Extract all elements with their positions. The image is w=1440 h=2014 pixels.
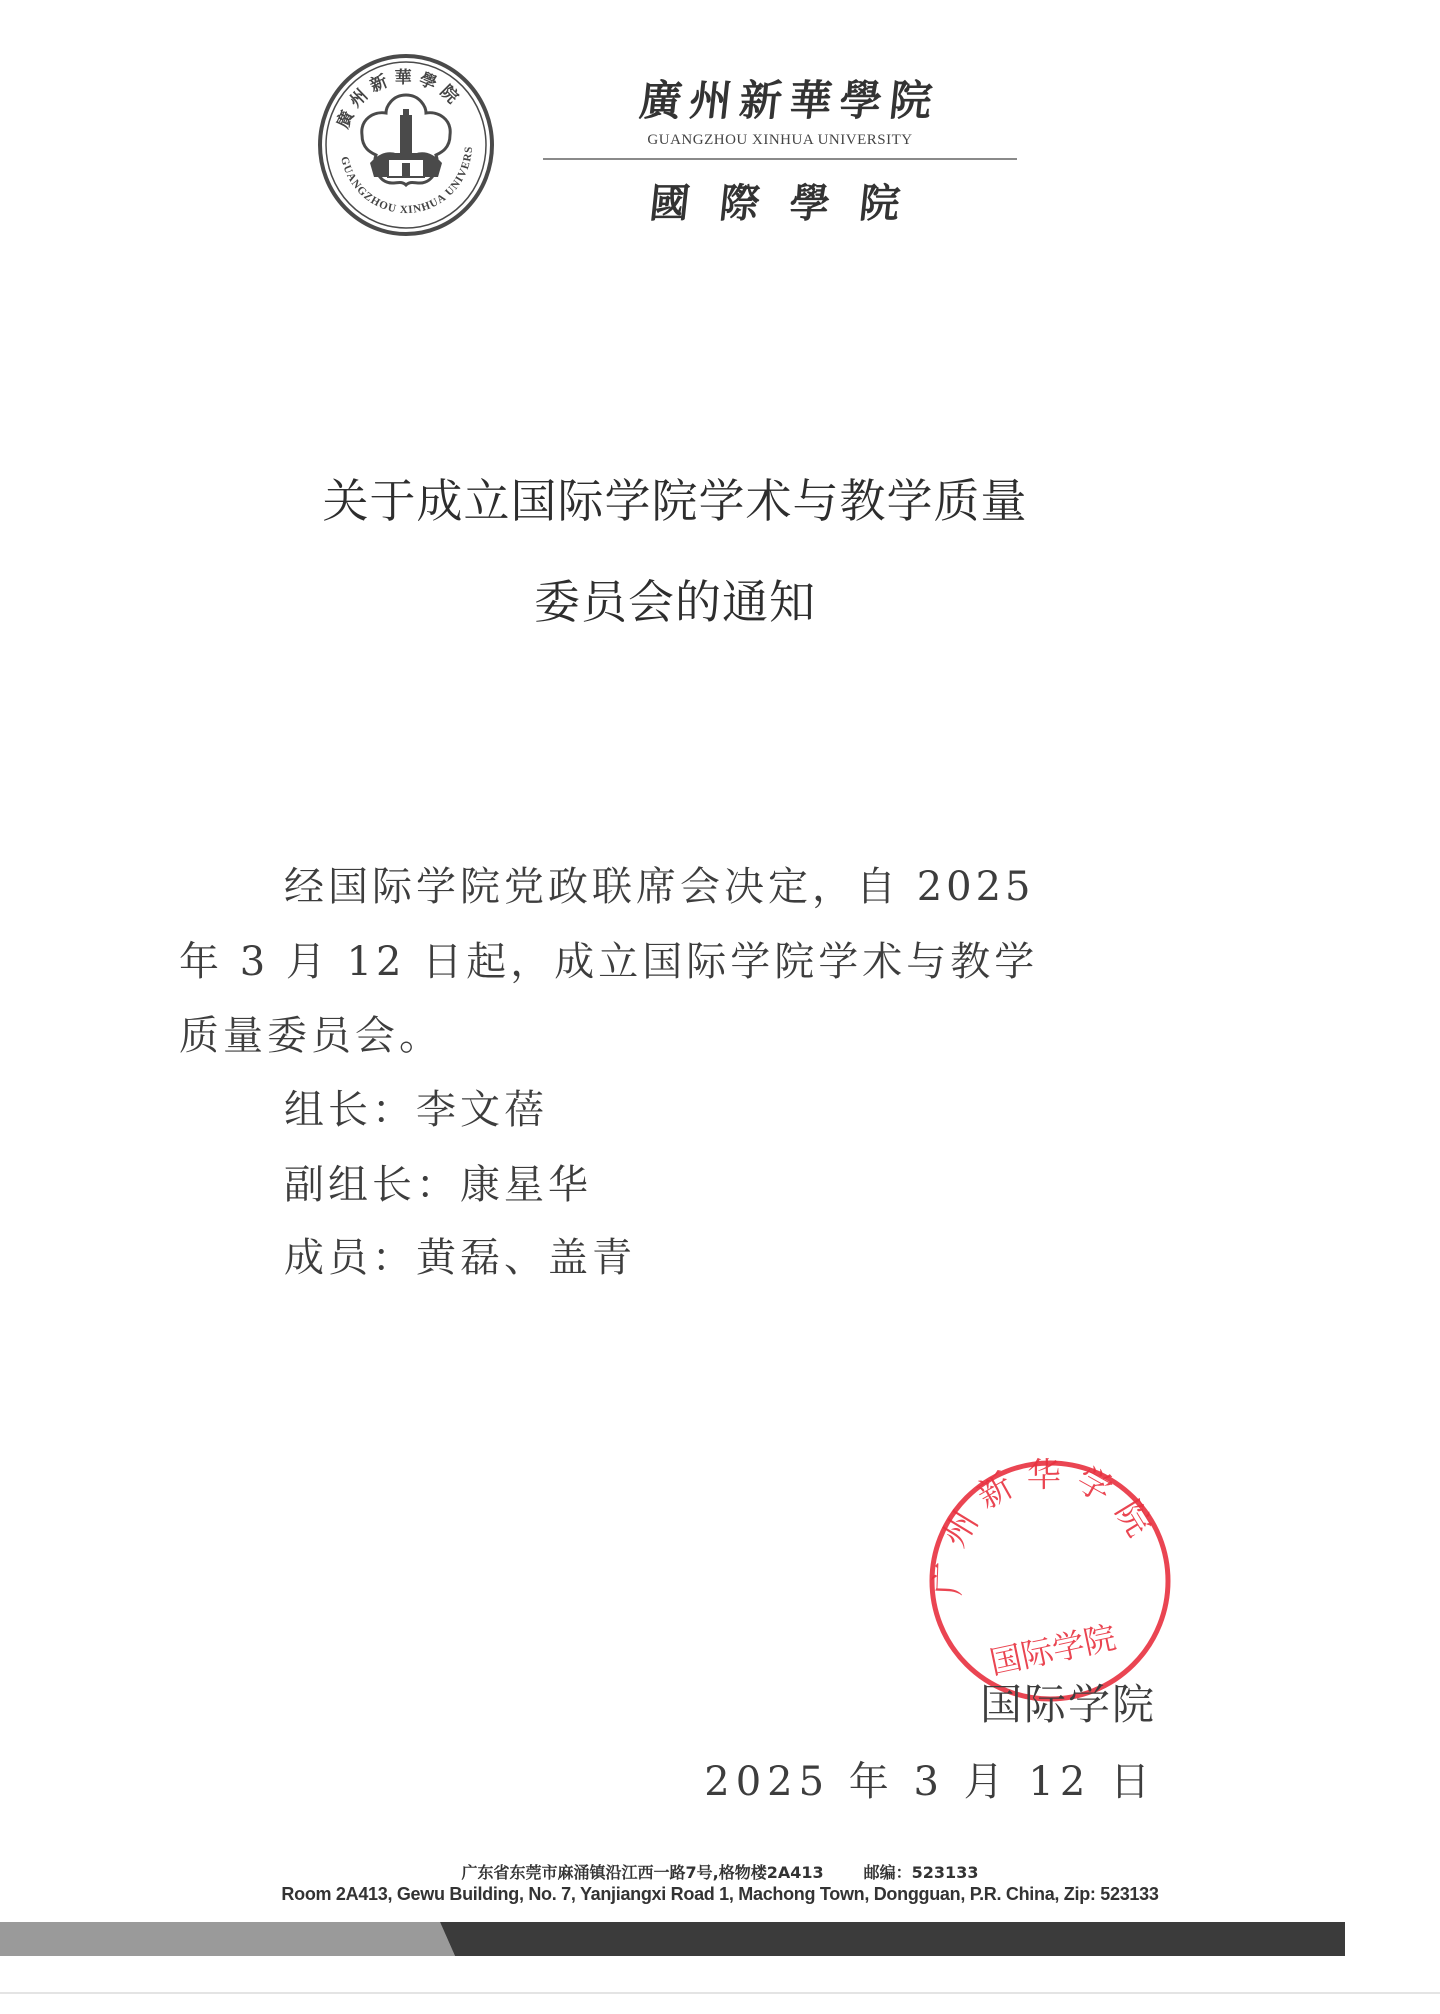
signing-date: 2025 年 3 月 12 日 [704, 1750, 1156, 1807]
header-divider [543, 158, 1017, 160]
university-seal-icon: 廣州新華學院 GUANGZHOU XINHUA UNIVERSITY [316, 53, 496, 237]
footer-zip-cn: 邮编：523133 [864, 1863, 979, 1882]
committee-leader: 组长：李文蓓 [284, 1078, 548, 1135]
official-seal-icon: 广州新华学院 国际学院 [925, 1456, 1175, 1706]
document-title-line-2: 委员会的通知 [0, 566, 1395, 632]
university-name-cn: 廣州新華學院 [597, 68, 983, 128]
footer-address-cn: 广东省东莞市麻涌镇沿江西一路7号,格物楼2A413邮编：523133 [0, 1860, 1440, 1883]
page-bottom-edge [0, 1992, 1440, 1994]
body-paragraph-line: 经国际学院党政联席会决定，自 2025 [284, 855, 1035, 912]
signing-organization: 国际学院 [980, 1672, 1156, 1732]
committee-members: 成员：黄磊、盖青 [284, 1226, 636, 1283]
svg-text:广州新华学院: 广州新华学院 [928, 1456, 1165, 1597]
document-title-line-1: 关于成立国际学院学术与教学质量 [0, 465, 1395, 531]
footer-address-en: Room 2A413, Gewu Building, No. 7, Yanjia… [0, 1884, 1440, 1905]
footer-decorative-bar [0, 1922, 1345, 1956]
footer-address-cn-text: 广东省东莞市麻涌镇沿江西一路7号,格物楼2A413 [462, 1863, 824, 1882]
body-paragraph-line: 年 3 月 12 日起，成立国际学院学术与教学 [179, 930, 1038, 987]
university-name-en: GUANGZHOU XINHUA UNIVERSITY [543, 132, 1017, 149]
body-paragraph-line: 质量委员会。 [179, 1004, 443, 1061]
department-name: 國際學院 [597, 172, 983, 229]
committee-deputy-leader: 副组长：康星华 [284, 1153, 592, 1210]
